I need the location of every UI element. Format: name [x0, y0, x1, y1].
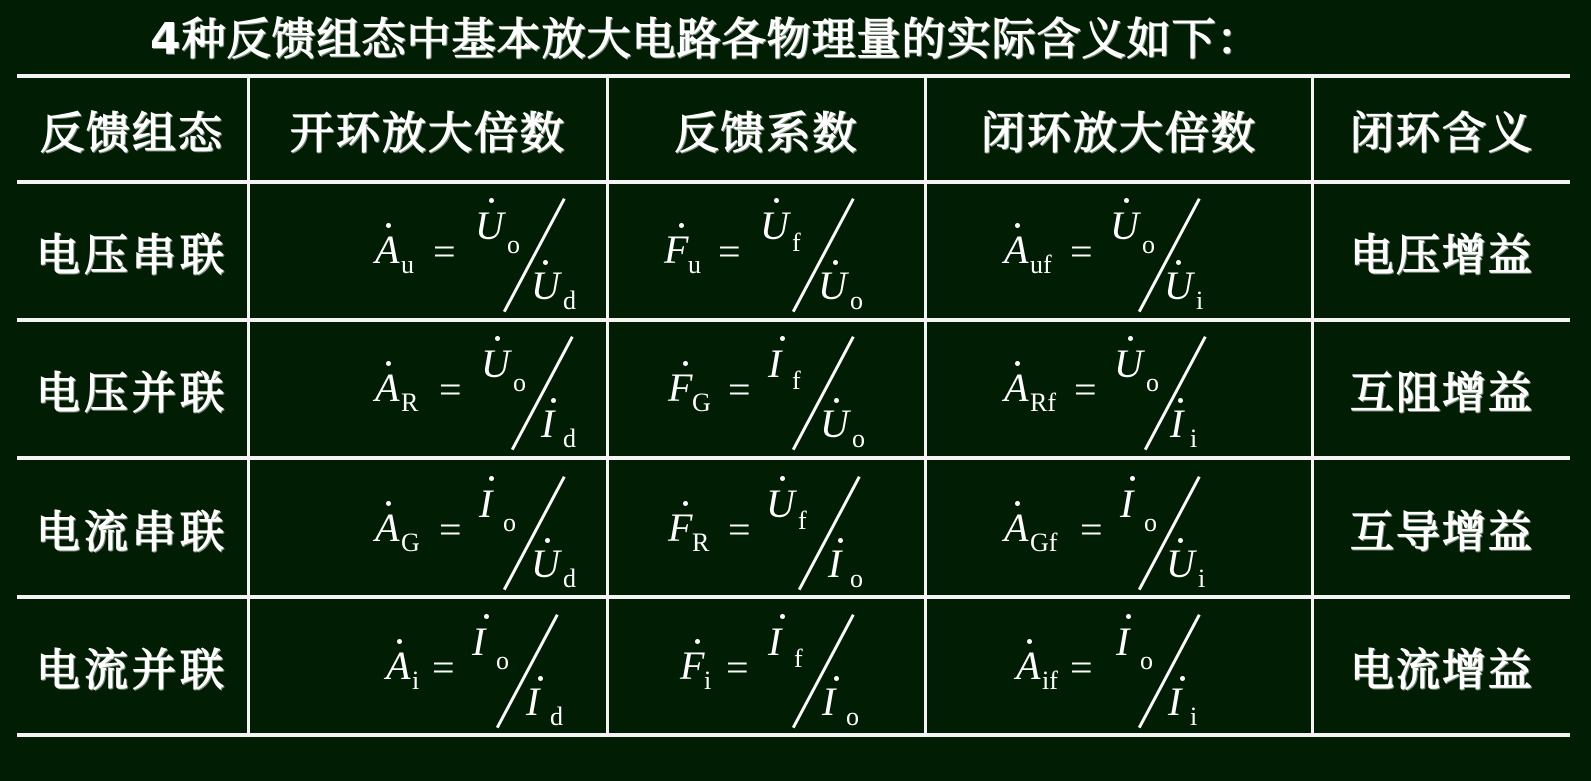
numerator-sub: o — [496, 648, 509, 674]
equals-sign: = — [728, 510, 751, 550]
equals-sign: = — [718, 232, 741, 272]
feedback-formula: F R = U f I o — [664, 464, 924, 596]
equals-sign: = — [439, 510, 462, 550]
formula-lhs-sub: R — [401, 390, 418, 416]
equals-sign: = — [433, 232, 456, 272]
formula: A if = I o I i — [1012, 606, 1242, 731]
numerator-sub: o — [1144, 510, 1157, 536]
numerator-sub: f — [794, 646, 803, 672]
row-config-current-shunt: 电流并联 — [17, 599, 247, 733]
formula-lhs-sub: u — [401, 252, 414, 278]
header-feedback-factor: 反馈系数 — [609, 78, 924, 180]
equals-sign: = — [1080, 510, 1103, 550]
formula: A u = U o U d — [373, 190, 603, 315]
formula-lhs: A — [1004, 368, 1028, 408]
equals-sign: = — [1074, 370, 1097, 410]
denominator: I — [822, 682, 835, 722]
formula: A R = U o I d — [373, 328, 603, 453]
formula-lhs: F — [664, 230, 688, 270]
formula: F G = I f U o — [664, 328, 894, 453]
closed-loop-formula: A if = I o I i — [1012, 602, 1311, 734]
row-meaning: 电流增益 — [1314, 599, 1570, 733]
formula-lhs-sub: R — [692, 530, 709, 556]
denominator: U — [820, 404, 849, 444]
row-config-voltage-series: 电压串联 — [17, 184, 247, 318]
numerator: U — [475, 206, 504, 246]
formula: A Rf = U o I i — [1000, 328, 1230, 453]
phasor-dot — [1128, 336, 1133, 341]
denominator-sub: o — [846, 704, 859, 730]
open-loop-formula: A R = U o I d — [370, 324, 606, 456]
denominator-sub: i — [1190, 426, 1197, 452]
numerator: I — [479, 484, 492, 524]
feedback-formula: F i = I f I o — [676, 602, 924, 734]
row-config-voltage-shunt: 电压并联 — [17, 322, 247, 456]
denominator: I — [526, 682, 539, 722]
denominator-sub: d — [550, 704, 563, 730]
phasor-dot — [774, 198, 779, 203]
numerator: U — [1110, 206, 1139, 246]
formula-lhs: A — [375, 368, 399, 408]
numerator: U — [481, 344, 510, 384]
formula: A uf = U o U i — [1000, 190, 1230, 315]
denominator: U — [531, 544, 560, 584]
formula-lhs-sub: Gf — [1030, 530, 1057, 556]
formula-lhs-sub: i — [704, 668, 711, 694]
feedback-formula: F G = I f U o — [664, 324, 924, 456]
formula-lhs-sub: Rf — [1030, 390, 1056, 416]
phasor-dot — [1130, 476, 1135, 481]
equals-sign: = — [1070, 648, 1093, 688]
header-closed-loop-meaning: 闭环含义 — [1314, 78, 1570, 180]
equals-sign: = — [726, 648, 749, 688]
slide-title: 4种反馈组态中基本放大电路各物理量的实际含义如下： — [150, 14, 1262, 66]
row-meaning: 互阻增益 — [1314, 322, 1570, 456]
phasor-dot — [489, 476, 494, 481]
numerator: I — [472, 622, 485, 662]
phasor-dot — [1124, 198, 1129, 203]
equals-sign: = — [439, 370, 462, 410]
formula-lhs: A — [375, 508, 399, 548]
denominator: I — [1170, 404, 1183, 444]
denominator: I — [541, 404, 554, 444]
phasor-dot — [1126, 614, 1131, 619]
formula-lhs: F — [680, 646, 704, 686]
numerator-sub: o — [1142, 232, 1155, 258]
phasor-dot — [489, 198, 494, 203]
row-config-current-series: 电流串联 — [17, 460, 247, 595]
numerator: U — [1114, 344, 1143, 384]
numerator: I — [768, 344, 781, 384]
header-closed-loop-gain: 闭环放大倍数 — [927, 78, 1311, 180]
formula-lhs: A — [1004, 230, 1028, 270]
denominator: U — [1164, 266, 1193, 306]
formula: F i = I f I o — [676, 606, 906, 731]
numerator-sub: o — [507, 232, 520, 258]
formula-lhs: A — [1016, 646, 1040, 686]
phasor-dot — [780, 336, 785, 341]
denominator: I — [828, 544, 841, 584]
numerator-sub: o — [503, 510, 516, 536]
numerator-sub: o — [513, 370, 526, 396]
phasor-dot — [780, 476, 785, 481]
denominator: I — [1168, 682, 1181, 722]
closed-loop-formula: A Gf = I o U i — [1000, 464, 1311, 596]
formula-lhs: A — [375, 230, 399, 270]
formula-lhs: F — [668, 508, 692, 548]
open-loop-formula: A G = I o U d — [370, 464, 606, 596]
formula-lhs-sub: u — [688, 252, 701, 278]
formula: A Gf = I o U i — [1000, 468, 1230, 593]
denominator-sub: d — [563, 566, 576, 592]
formula: A G = I o U d — [373, 468, 603, 593]
denominator: U — [818, 266, 847, 306]
formula-lhs: F — [668, 368, 692, 408]
denominator: U — [531, 266, 560, 306]
row-meaning: 互导增益 — [1314, 460, 1570, 595]
formula: F u = U f U o — [660, 190, 890, 315]
denominator-sub: o — [852, 426, 865, 452]
numerator-sub: f — [798, 508, 807, 534]
denominator-sub: d — [563, 426, 576, 452]
denominator: U — [1166, 544, 1195, 584]
denominator-sub: i — [1190, 704, 1197, 730]
open-loop-formula: A u = U o U d — [370, 186, 606, 318]
formula-lhs: A — [386, 646, 410, 686]
denominator-sub: i — [1198, 566, 1205, 592]
closed-loop-formula: A uf = U o U i — [1000, 186, 1311, 318]
numerator: I — [768, 622, 781, 662]
header-config: 反馈组态 — [17, 78, 247, 180]
closed-loop-formula: A Rf = U o I i — [1000, 324, 1311, 456]
numerator-sub: f — [792, 368, 801, 394]
numerator-sub: o — [1140, 648, 1153, 674]
formula: A i = I o I d — [384, 606, 606, 731]
numerator: I — [1120, 484, 1133, 524]
equals-sign: = — [1070, 232, 1093, 272]
equals-sign: = — [432, 648, 455, 688]
header-open-loop-gain: 开环放大倍数 — [250, 78, 606, 180]
row-meaning: 电压增益 — [1314, 184, 1570, 318]
formula-lhs-sub: i — [412, 668, 419, 694]
formula-lhs-sub: G — [692, 390, 711, 416]
open-loop-formula: A i = I o I d — [384, 602, 606, 734]
formula-lhs: A — [1004, 508, 1028, 548]
numerator: U — [760, 206, 789, 246]
denominator-sub: o — [850, 566, 863, 592]
equals-sign: = — [728, 370, 751, 410]
denominator-sub: i — [1196, 288, 1203, 314]
formula-lhs-sub: if — [1042, 668, 1058, 694]
phasor-dot — [495, 336, 500, 341]
phasor-dot — [780, 614, 785, 619]
formula: F R = U f I o — [664, 468, 894, 593]
feedback-formula: F u = U f U o — [660, 186, 924, 318]
formula-lhs-sub: uf — [1030, 252, 1052, 278]
denominator-sub: d — [563, 288, 576, 314]
phasor-dot — [484, 614, 489, 619]
numerator: U — [766, 484, 795, 524]
formula-lhs-sub: G — [401, 530, 420, 556]
numerator: I — [1116, 622, 1129, 662]
denominator-sub: o — [850, 288, 863, 314]
numerator-sub: f — [792, 230, 801, 256]
numerator-sub: o — [1146, 370, 1159, 396]
